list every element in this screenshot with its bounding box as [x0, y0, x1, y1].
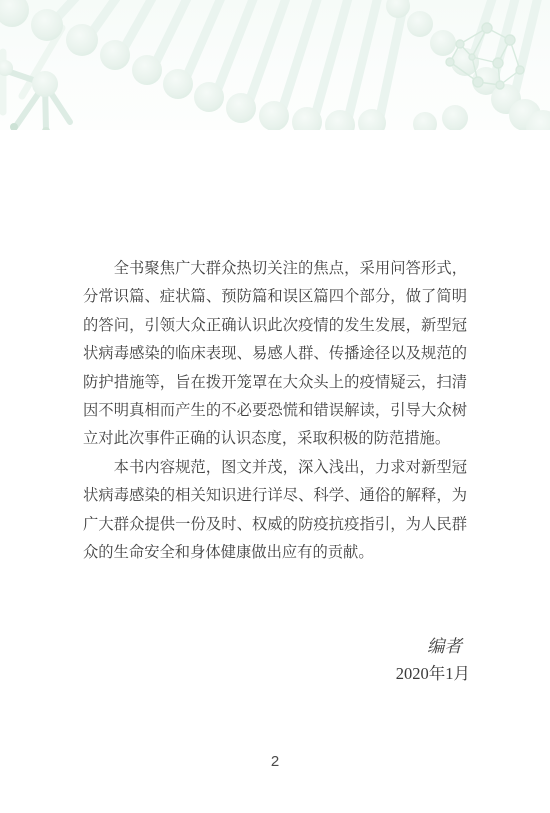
header-illustration [0, 0, 550, 130]
paragraph-2: 本书内容规范，图文并茂，深入浅出，力求对新型冠状病毒感染的相关知识进行详尽、科学… [83, 454, 467, 568]
page-body: 全书聚焦广大群众热切关注的焦点，采用问答形式，分常识篇、症状篇、预防篇和误区篇四… [83, 255, 467, 567]
page-number: 2 [0, 753, 550, 770]
paragraph-1: 全书聚焦广大群众热切关注的焦点，采用问答形式，分常识篇、症状篇、预防篇和误区篇四… [83, 255, 467, 454]
signature-author: 编者 [0, 632, 470, 660]
book-page: 全书聚焦广大群众热切关注的焦点，采用问答形式，分常识篇、症状篇、预防篇和误区篇四… [0, 0, 550, 813]
signature-date: 2020年1月 [0, 660, 470, 688]
dna-helix-icon [0, 0, 550, 130]
signature-block: 编者 2020年1月 [0, 632, 470, 688]
